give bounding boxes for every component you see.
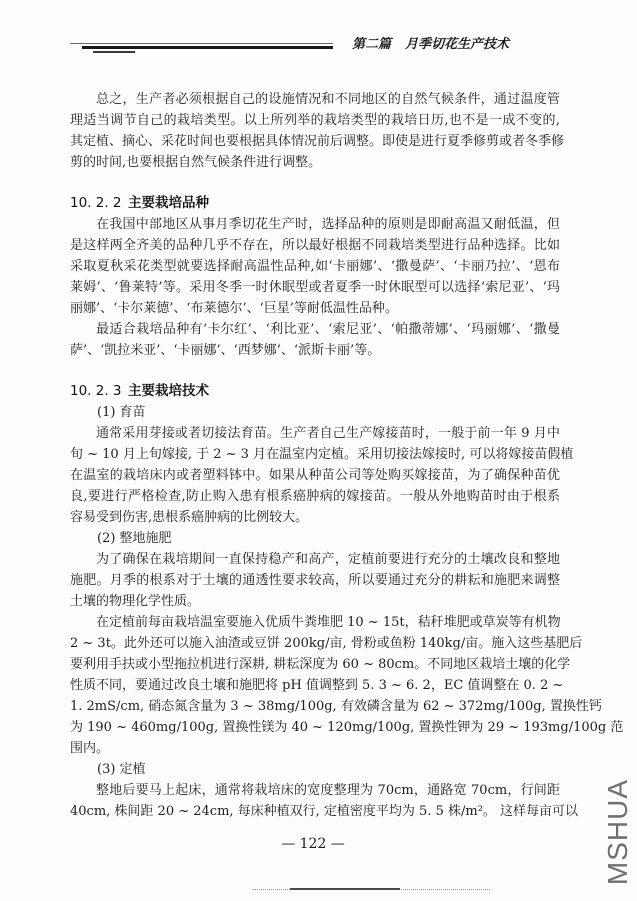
section-title: 主要栽培品种 — [128, 195, 209, 211]
text-line: 1. 2mS/cm, 硝态氮含量为 3 ~ 38mg/100g, 有效磷含量为 … — [70, 696, 560, 717]
text-line: 在定植前每亩栽培温室要施入优质牛粪堆肥 10 ~ 15t，秸秆堆肥或草炭等有机物 — [70, 612, 560, 633]
text-line: 萨’、‘凯拉米亚’、‘卡丽娜’、‘西梦娜’、‘派斯卡丽’等。 — [70, 340, 560, 361]
section-heading-10-2-2: 10. 2. 2主要栽培品种 — [70, 193, 560, 214]
text-line: 整地后要马上起床，通常将栽培床的宽度整理为 70cm，通路宽 70cm，行间距 — [70, 780, 560, 801]
subsection-heading-soil-fertilizing: (2) 整地施肥 — [70, 528, 560, 549]
text-line: 土壤的物理化学性质。 — [70, 591, 560, 612]
header-rule-thin — [70, 43, 333, 44]
body-text: 总之，生产者必须根据自己的设施情况和不同地区的自然气候条件，通过温度管 理适当调… — [70, 89, 560, 822]
text-line: 其定植、摘心、采花时间也要根据具体情况前后调整。即使是进行夏季修剪或者冬季修 — [70, 131, 560, 152]
page-number: — 122 — — [263, 834, 363, 854]
text-line: 最适合栽培品种有‘卡尔红’、‘利比亚’、‘索尼亚’、‘帕撒蒂娜’、‘玛丽娜’、‘… — [70, 319, 560, 340]
subsection-heading-planting: (3) 定植 — [70, 759, 560, 780]
text-line: 40cm, 株间距 20 ~ 24cm, 每床种植双行, 定植密度平均为 5. … — [70, 801, 560, 822]
section-number: 10. 2. 2 — [70, 193, 128, 214]
text-line: 通常采用芽接或者切接法育苗。生产者自己生产嫁接苗时，一般于前一年 9 月中 — [70, 423, 560, 444]
subsection-heading-seedling: (1) 育苗 — [70, 402, 560, 423]
text-line: 旬 ~ 10 月上旬嫁接, 于 2 ~ 3 月在温室内定植。采用切接法嫁接时, … — [70, 444, 560, 465]
header-rule-short — [93, 51, 135, 53]
text-line: 容易受到伤害,患根系癌肿病的比例较大。 — [70, 507, 560, 528]
text-line: 施肥。月季的根系对于土壤的通透性要求较高，所以要通过充分的耕耘和施肥来调整 — [70, 570, 560, 591]
section-title: 主要栽培技术 — [128, 383, 209, 399]
section-number: 10. 2. 3 — [70, 381, 128, 402]
text-line: 围内。 — [70, 738, 560, 759]
header-part: 第二篇 — [352, 37, 391, 52]
footer-rule-dark — [290, 888, 400, 890]
header-rule-thick — [82, 46, 333, 49]
text-line: 在我国中部地区从事月季切花生产时，选择品种的原则是即耐高温又耐低温，但 — [70, 214, 560, 235]
paragraph: 最适合栽培品种有‘卡尔红’、‘利比亚’、‘索尼亚’、‘帕撒蒂娜’、‘玛丽娜’、‘… — [70, 319, 560, 361]
text-line: 剪的时间,也要根据自然气候条件进行调整。 — [70, 152, 560, 173]
text-line: 性质不同，要通过改良土壤和施肥将 pH 值调整到 5. 3 ~ 6. 2，EC … — [70, 675, 560, 696]
text-line: 在温室的栽培床内或者塑料钵中。如果从种苗公司等处购买嫁接苗，为了确保种苗优 — [70, 465, 560, 486]
text-line: 良,要进行严格检查,防止购入患有根系癌肿病的嫁接苗。一般从外地购苗时由于根系 — [70, 486, 560, 507]
paragraph: 整地后要马上起床，通常将栽培床的宽度整理为 70cm，通路宽 70cm，行间距 … — [70, 780, 560, 822]
section-heading-10-2-3: 10. 2. 3主要栽培技术 — [70, 381, 560, 402]
watermark: MSHUA — [602, 779, 634, 885]
text-line: 采取夏秋采花类型就要选择耐高温性品种,如‘卡丽娜’、‘撒曼萨’、‘卡丽乃拉’、‘… — [70, 256, 560, 277]
text-line: 要利用手扶或小型拖拉机进行深耕, 耕耘深度为 60 ~ 80cm。不同地区栽培土… — [70, 654, 560, 675]
paragraph: 在定植前每亩栽培温室要施入优质牛粪堆肥 10 ~ 15t，秸秆堆肥或草炭等有机物… — [70, 612, 560, 759]
header-title: 月季切花生产技术 — [405, 37, 509, 52]
paragraph: 在我国中部地区从事月季切花生产时，选择品种的原则是即耐高温又耐低温，但 是这样两… — [70, 214, 560, 319]
text-line: 莱姆’、‘鲁莱特’等。采用冬季一时休眠型或者夏季一时休眠型可以选择‘索尼亚’、‘… — [70, 277, 560, 298]
text-line: 理适当调节自己的栽培类型。以上所列举的栽培类型的栽培日历,也不是一成不变的, — [70, 110, 560, 131]
paragraph: 通常采用芽接或者切接法育苗。生产者自己生产嫁接苗时，一般于前一年 9 月中 旬 … — [70, 423, 560, 528]
running-header: 第二篇月季切花生产技术 — [352, 36, 509, 54]
document-page: 第二篇月季切花生产技术 总之，生产者必须根据自己的设施情况和不同地区的自然气候条… — [0, 0, 637, 901]
text-line: 为了确保在栽培期间一直保持稳产和高产，定植前要进行充分的土壤改良和整地 — [70, 549, 560, 570]
intro-paragraph: 总之，生产者必须根据自己的设施情况和不同地区的自然气候条件，通过温度管 理适当调… — [70, 89, 560, 173]
text-line: 2 ~ 3t。此外还可以施入油渣或豆饼 200kg/亩, 骨粉或鱼粉 140kg… — [70, 633, 560, 654]
text-line: 总之，生产者必须根据自己的设施情况和不同地区的自然气候条件，通过温度管 — [70, 89, 560, 110]
text-line: 为 190 ~ 460mg/100g, 置换性镁为 40 ~ 120mg/100… — [70, 717, 560, 738]
text-line: 丽娜’、‘卡尔莱德’、‘布莱德尔’、‘巨星’等耐低温性品种。 — [70, 298, 560, 319]
paragraph: 为了确保在栽培期间一直保持稳产和高产，定植前要进行充分的土壤改良和整地 施肥。月… — [70, 549, 560, 612]
text-line: 是这样两全齐美的品种几乎不存在，所以最好根据不同栽培类型进行品种选择。比如 — [70, 235, 560, 256]
